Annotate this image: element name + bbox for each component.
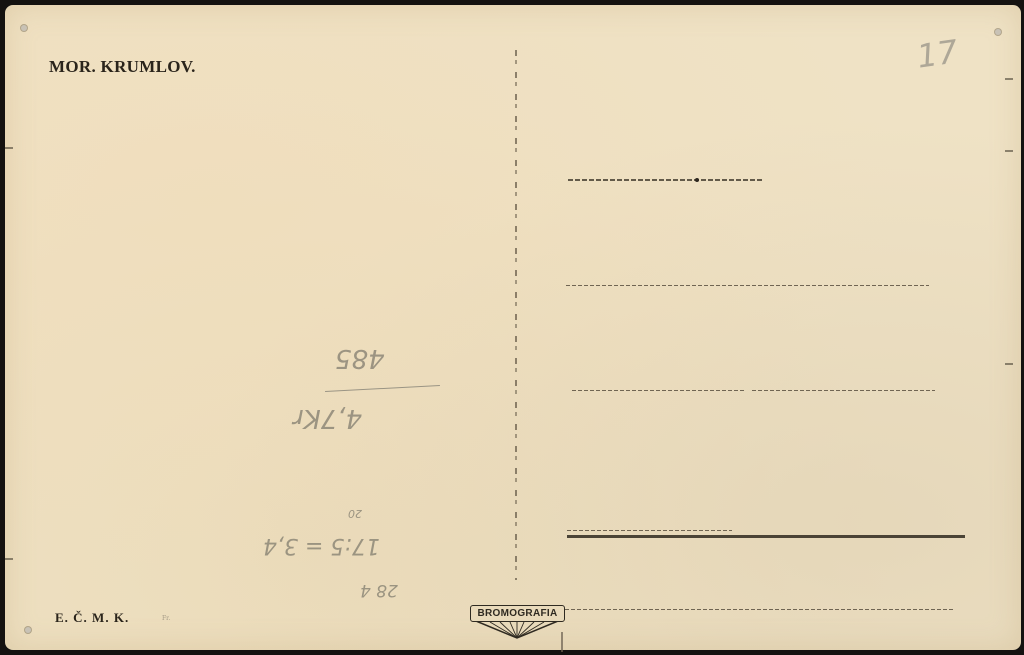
address-line-4-upper bbox=[567, 530, 732, 531]
address-line-2 bbox=[566, 285, 929, 286]
postcard-back: MOR. KRUMLOV. 17 485 4,7Kr 20 17:5 = 3,4… bbox=[5, 5, 1021, 650]
publisher-small-mark: Fr. bbox=[162, 615, 170, 622]
publisher-mark: E. Č. M. K. bbox=[55, 610, 129, 626]
place-title: MOR. KRUMLOV. bbox=[49, 57, 196, 77]
line-dot bbox=[695, 178, 699, 182]
pencil-note-inverted: 28 4 bbox=[360, 580, 398, 600]
logo-text: BROMOGRAFIA bbox=[470, 605, 565, 622]
pencil-note-inverted: 485 bbox=[335, 343, 385, 373]
address-line-1 bbox=[568, 179, 764, 181]
edge-mark bbox=[1005, 150, 1013, 152]
pencil-calculation: 17:5 = 3,4 bbox=[263, 533, 380, 558]
pencil-superscript: 20 bbox=[348, 507, 362, 520]
pin-hole-bottom-left bbox=[25, 627, 31, 633]
address-line-3 bbox=[572, 390, 744, 391]
sunburst-icon bbox=[470, 621, 565, 639]
pin-hole-top-right bbox=[995, 29, 1001, 35]
address-line-3b bbox=[752, 390, 935, 391]
address-line-5 bbox=[565, 609, 955, 610]
edge-mark bbox=[1005, 363, 1013, 365]
center-divider bbox=[515, 50, 517, 580]
edge-mark bbox=[5, 147, 13, 149]
edge-mark bbox=[5, 558, 13, 560]
pencil-note-inverted: 4,7Kr bbox=[293, 403, 362, 433]
bromografia-logo: BROMOGRAFIA bbox=[470, 605, 565, 641]
pencil-underline bbox=[325, 385, 440, 392]
pin-hole-top-left bbox=[21, 25, 27, 31]
address-line-4 bbox=[567, 535, 965, 538]
pencil-corner-number: 17 bbox=[915, 32, 961, 75]
edge-mark bbox=[1005, 78, 1013, 80]
